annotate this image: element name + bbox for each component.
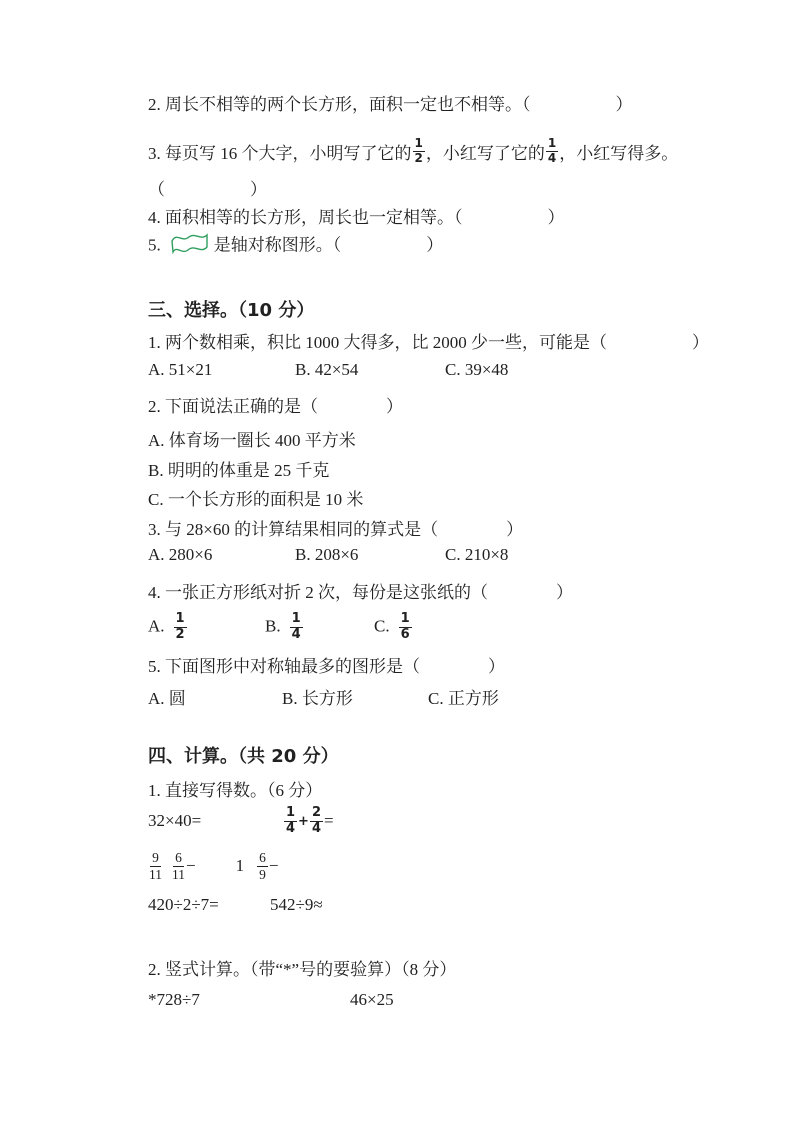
minus-dash: − xyxy=(269,856,279,876)
expr-32x40: 32×40= xyxy=(148,811,283,831)
fraction-2-4: 24 xyxy=(310,806,323,837)
judge-q5-prefix: 5. xyxy=(148,235,161,254)
judge-q3-suffix: ，小红写得多。 xyxy=(559,139,678,164)
option-b: B. 208×6 xyxy=(295,545,445,565)
fraction-6-9: 69 xyxy=(257,850,268,882)
section-calc-title: 四、计算。（共 20 分） xyxy=(148,742,339,768)
option-a: A. 280×6 xyxy=(148,545,295,565)
exam-page: 2. 周长不相等的两个长方形，面积一定也不相等。（ ） 3. 每页写 16 个大… xyxy=(0,0,793,1122)
calc-row4: *728÷746×25 xyxy=(148,990,394,1010)
number-one: 1 xyxy=(236,856,245,876)
choice-q2-option-a: A. 体育场一圈长 400 平方米 xyxy=(148,426,356,451)
option-b: B. 42×54 xyxy=(295,360,445,380)
fraction-1-4: 14 xyxy=(546,137,558,166)
choice-q2-option-c: C. 一个长方形的面积是 10 米 xyxy=(148,485,363,510)
choice-q1: 1. 两个数相乘，积比 1000 大得多，比 2000 少一些，可能是（ ） xyxy=(148,328,709,353)
option-b: B.14 xyxy=(265,612,374,643)
choice-q4-options: A.12B.14C.16 xyxy=(148,604,413,650)
fraction-1-2: 12 xyxy=(413,137,425,166)
equals-sign: = xyxy=(324,811,334,831)
expr-46x25: 46×25 xyxy=(350,990,394,1009)
section-choice-title: 三、选择。（10 分） xyxy=(148,296,314,322)
judge-q5: 5.是轴对称图形。（ ） xyxy=(148,230,443,263)
expr-542-div: 542÷9≈ xyxy=(270,895,323,914)
choice-q2-option-b: B. 明明的体重是 25 千克 xyxy=(148,456,329,481)
judge-q3: 3. 每页写 16 个大字，小明写了它的12，小红写了它的14，小红写得多。 xyxy=(148,128,678,174)
fraction-1-4: 14 xyxy=(284,806,297,837)
fraction-9-11: 911 xyxy=(149,850,162,882)
option-c: C.16 xyxy=(374,612,413,643)
calc-row1: 32×40=14+24= xyxy=(148,798,334,844)
option-c: C. 正方形 xyxy=(428,684,499,709)
plus-sign: + xyxy=(298,814,309,829)
fraction-1-6: 16 xyxy=(399,612,412,643)
calc-row3: 420÷2÷7=542÷9≈ xyxy=(148,895,323,915)
option-c: C. 39×48 xyxy=(445,360,508,380)
choice-q4: 4. 一张正方形纸对折 2 次，每份是这张纸的（ ） xyxy=(148,578,573,603)
expr-420-div: 420÷2÷7= xyxy=(148,895,270,915)
judge-q4: 4. 面积相等的长方形，周长也一定相等。（ ） xyxy=(148,203,565,228)
minus-dash: − xyxy=(186,856,196,876)
fraction-1-2: 12 xyxy=(174,612,187,643)
fraction-1-4: 14 xyxy=(290,612,303,643)
judge-q5-suffix: 是轴对称图形。（ ） xyxy=(214,235,444,254)
calc-sub2: 2. 竖式计算。（带“*”号的要验算）（8 分） xyxy=(148,955,456,980)
option-a: A. 51×21 xyxy=(148,360,295,380)
choice-q5-options: A. 圆B. 长方形C. 正方形 xyxy=(148,684,499,709)
choice-q5: 5. 下面图形中对称轴最多的图形是（ ） xyxy=(148,652,505,677)
judge-q2: 2. 周长不相等的两个长方形，面积一定也不相等。（ ） xyxy=(148,90,633,115)
fraction-6-11: 611 xyxy=(172,850,185,882)
choice-q2: 2. 下面说法正确的是（ ） xyxy=(148,392,403,417)
expr-728-div-7: *728÷7 xyxy=(148,990,350,1010)
option-a: A.12 xyxy=(148,612,265,643)
choice-q3: 3. 与 28×60 的计算结果相同的算式是（ ） xyxy=(148,515,523,540)
wavy-flag-icon xyxy=(169,230,211,263)
choice-q3-options: A. 280×6B. 208×6C. 210×8 xyxy=(148,545,508,565)
judge-q3-prefix: 3. 每页写 16 个大字，小明写了它的 xyxy=(148,139,412,164)
judge-q2-text: 2. 周长不相等的两个长方形，面积一定也不相等。（ ） xyxy=(148,95,633,114)
option-b: B. 长方形 xyxy=(282,684,428,709)
judge-q3-answer-blank: （ ） xyxy=(148,175,267,200)
judge-q4-text: 4. 面积相等的长方形，周长也一定相等。（ ） xyxy=(148,208,565,227)
choice-q1-options: A. 51×21B. 42×54C. 39×48 xyxy=(148,360,508,380)
judge-q3-mid: ，小红写了它的 xyxy=(426,139,545,164)
calc-row2: 911611−169− xyxy=(148,843,278,889)
option-c: C. 210×8 xyxy=(445,545,508,565)
option-a: A. 圆 xyxy=(148,684,282,709)
